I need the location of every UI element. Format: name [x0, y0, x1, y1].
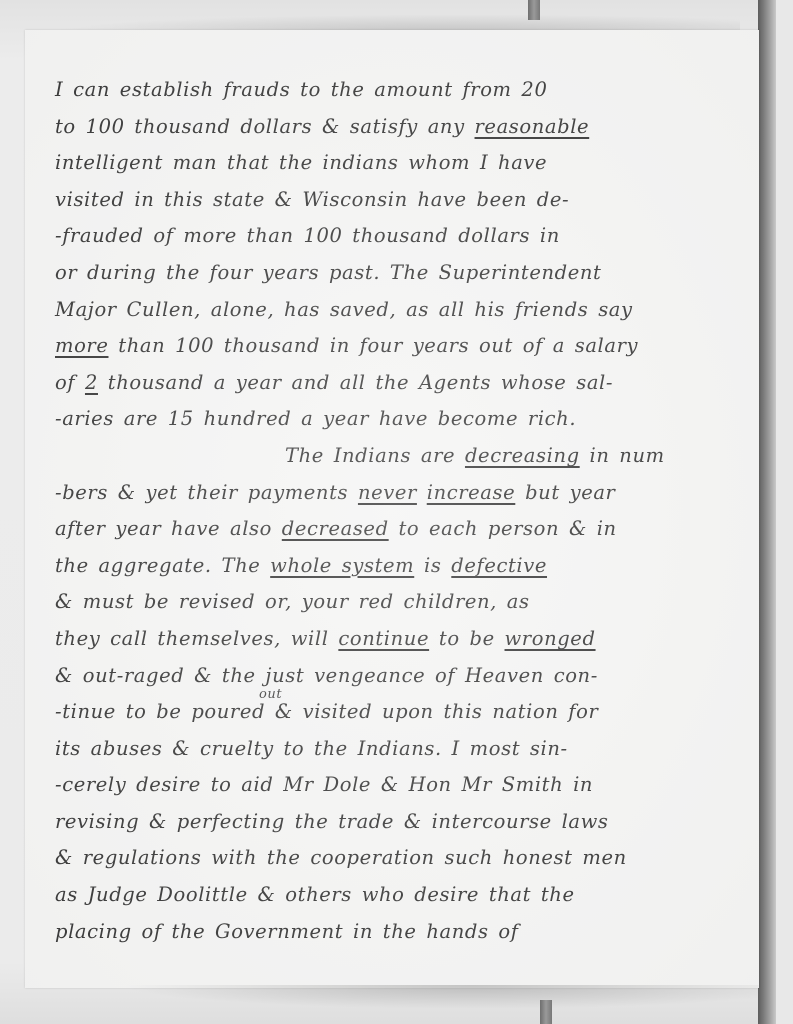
line-text: as Judge Doolittle & others who desire t…	[55, 883, 575, 906]
line-text	[417, 481, 427, 504]
manuscript-line: the aggregate. The whole system is defec…	[55, 548, 755, 585]
line-text: to each person & in	[389, 517, 617, 540]
line-text: -aries are 15 hundred a year have become…	[55, 407, 576, 430]
manuscript-line: as Judge Doolittle & others who desire t…	[55, 877, 755, 914]
manuscript-line: -bers & yet their payments never increas…	[55, 475, 755, 512]
line-text: -frauded of more than 100 thousand dolla…	[55, 224, 560, 247]
binding-clip-bottom	[540, 1000, 552, 1024]
manuscript-line: its abuses & cruelty to the Indians. I m…	[55, 731, 755, 768]
manuscript-line: to 100 thousand dollars & satisfy any re…	[55, 109, 755, 146]
line-text: the aggregate. The	[55, 554, 270, 577]
manuscript-line: placing of the Government in the hands o…	[55, 914, 755, 951]
underlined-word: whole system	[270, 554, 414, 577]
line-text: visited in this state & Wisconsin have b…	[55, 188, 569, 211]
right-margin	[776, 0, 793, 1024]
underlined-word: 2	[85, 371, 98, 394]
manuscript-line: -tinue to be pouredout & visited upon th…	[55, 694, 755, 731]
manuscript-line: -aries are 15 hundred a year have become…	[55, 401, 755, 438]
handwritten-text-block: I can establish frauds to the amount fro…	[55, 72, 755, 950]
manuscript-line: or during the four years past. The Super…	[55, 255, 755, 292]
line-text: -bers & yet their payments	[55, 481, 358, 504]
underlined-word: more	[55, 334, 109, 357]
manuscript-line: visited in this state & Wisconsin have b…	[55, 182, 755, 219]
line-text: after year have also	[55, 517, 282, 540]
manuscript-line: of 2 thousand a year and all the Agents …	[55, 365, 755, 402]
manuscript-line: intelligent man that the indians whom I …	[55, 145, 755, 182]
manuscript-line: after year have also decreased to each p…	[55, 511, 755, 548]
binding-clip-top	[528, 0, 540, 20]
manuscript-page: I can establish frauds to the amount fro…	[25, 30, 759, 988]
manuscript-line: -cerely desire to aid Mr Dole & Hon Mr S…	[55, 767, 755, 804]
line-text: thousand a year and all the Agents whose…	[98, 371, 613, 394]
line-text: they call themselves, will	[55, 627, 338, 650]
line-text: intelligent man that the indians whom I …	[55, 151, 547, 174]
page-bottom-shadow	[120, 985, 760, 1009]
manuscript-line: I can establish frauds to the amount fro…	[55, 72, 755, 109]
underlined-word: increase	[427, 481, 516, 504]
line-text: & out-raged & the just vengeance of Heav…	[55, 664, 598, 687]
line-text: Major Cullen, alone, has saved, as all h…	[55, 298, 633, 321]
line-text: & visited upon this nation for	[265, 700, 598, 723]
binding-spine	[758, 0, 776, 1024]
manuscript-line: -frauded of more than 100 thousand dolla…	[55, 218, 755, 255]
line-text: The Indians are	[285, 444, 465, 467]
underlined-word: continue	[338, 627, 429, 650]
line-text: but year	[515, 481, 615, 504]
interlinear-insertion: out	[259, 677, 282, 714]
line-text: or during the four years past. The Super…	[55, 261, 601, 284]
manuscript-line: Major Cullen, alone, has saved, as all h…	[55, 292, 755, 329]
line-text: I can establish frauds to the amount fro…	[55, 78, 547, 101]
line-text: in num	[580, 444, 665, 467]
underlined-word: defective	[451, 554, 547, 577]
underlined-word: wronged	[505, 627, 596, 650]
line-text: to 100 thousand dollars & satisfy any	[55, 115, 475, 138]
line-text: & must be revised or, your red children,…	[55, 590, 530, 613]
line-text: to be	[429, 627, 504, 650]
line-text: revising & perfecting the trade & interc…	[55, 810, 609, 833]
underlined-word: never	[358, 481, 417, 504]
manuscript-line: & must be revised or, your red children,…	[55, 584, 755, 621]
line-text: -tinue to be poured	[55, 700, 265, 723]
manuscript-line: & regulations with the cooperation such …	[55, 840, 755, 877]
line-text: & regulations with the cooperation such …	[55, 846, 627, 869]
manuscript-line: revising & perfecting the trade & interc…	[55, 804, 755, 841]
underlined-word: decreased	[282, 517, 389, 540]
manuscript-line: The Indians are decreasing in num	[55, 438, 755, 475]
line-text: than 100 thousand in four years out of a…	[109, 334, 639, 357]
line-text: is	[414, 554, 451, 577]
manuscript-line: more than 100 thousand in four years out…	[55, 328, 755, 365]
line-text: its abuses & cruelty to the Indians. I m…	[55, 737, 568, 760]
underlined-word: reasonable	[475, 115, 590, 138]
line-text: -cerely desire to aid Mr Dole & Hon Mr S…	[55, 773, 593, 796]
manuscript-line: they call themselves, will continue to b…	[55, 621, 755, 658]
manuscript-line: & out-raged & the just vengeance of Heav…	[55, 658, 755, 695]
line-text: of	[55, 371, 85, 394]
line-text: placing of the Government in the hands o…	[55, 920, 519, 943]
underlined-word: decreasing	[465, 444, 580, 467]
